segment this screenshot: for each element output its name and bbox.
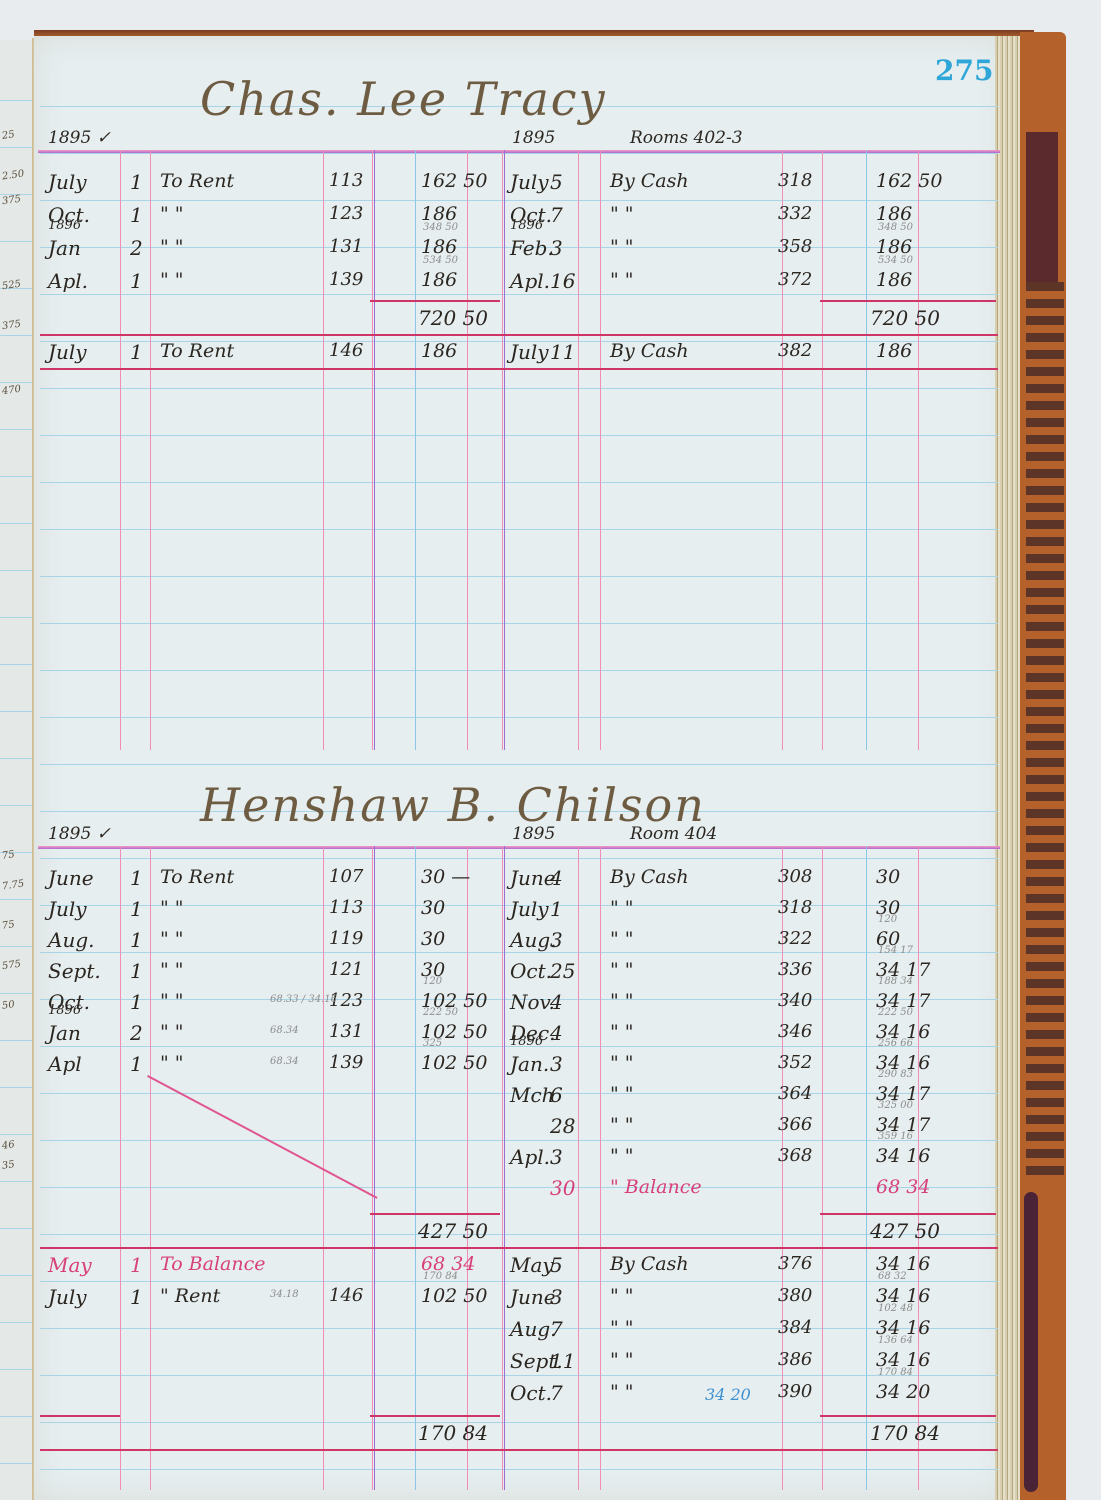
room-number: Rooms 402-3 bbox=[630, 128, 743, 148]
entry-day: 1 bbox=[130, 170, 143, 194]
pencil-running-total: 102 48 bbox=[878, 1303, 913, 1314]
entry-year: 1896 bbox=[48, 1003, 81, 1018]
column-rule bbox=[822, 846, 823, 1490]
margin-note: 75 bbox=[1, 919, 15, 932]
entry-description: By Cash bbox=[610, 866, 689, 888]
side-note: 68.33 / 34.16 bbox=[270, 994, 337, 1005]
pencil-running-total: 256 66 bbox=[878, 1038, 913, 1049]
entry-month: June bbox=[510, 1285, 556, 1309]
pencil-running-total: 222 50 bbox=[878, 1007, 913, 1018]
entry-folio: 372 bbox=[778, 269, 812, 290]
pencil-running-total: 68 32 bbox=[878, 1271, 907, 1282]
prev-page-rule bbox=[0, 570, 34, 571]
prev-page-rule bbox=[0, 1275, 34, 1276]
entry-folio: 366 bbox=[778, 1114, 812, 1135]
prev-page-rule bbox=[0, 100, 34, 101]
entry-day: 4 bbox=[550, 866, 563, 890]
entry-description: By Cash bbox=[610, 1253, 689, 1275]
entry-day: 1 bbox=[130, 928, 143, 952]
entry-description: " " bbox=[610, 1114, 634, 1136]
entry-day: 4 bbox=[550, 990, 563, 1014]
margin-note: 35 bbox=[1, 1159, 15, 1172]
pencil-running-total: 534 50 bbox=[423, 255, 458, 266]
entry-month: Sept. bbox=[48, 959, 101, 983]
entry-folio: 113 bbox=[329, 170, 363, 191]
entry-amount: 68 34 bbox=[876, 1176, 930, 1198]
entry-description: " " bbox=[160, 236, 184, 258]
entry-description: " " bbox=[160, 990, 184, 1012]
entry-amount: 30 — bbox=[421, 866, 470, 888]
entry-amount: 162 50 bbox=[876, 170, 942, 192]
entry-day: 1 bbox=[130, 340, 143, 364]
entry-amount: 186 bbox=[421, 340, 457, 362]
entry-description: " " bbox=[610, 269, 634, 291]
entry-description: " " bbox=[610, 959, 634, 981]
column-rule bbox=[323, 150, 324, 750]
entry-folio: 318 bbox=[778, 897, 812, 918]
entry-day: 1 bbox=[130, 959, 143, 983]
entry-day: 3 bbox=[550, 236, 563, 260]
side-note: 34.18 bbox=[270, 1289, 299, 1300]
entry-day: 4 bbox=[550, 1021, 563, 1045]
prev-page-rule bbox=[0, 1322, 34, 1323]
entry-folio: 131 bbox=[329, 236, 363, 257]
margin-note: 25 bbox=[1, 129, 15, 142]
entry-folio: 380 bbox=[778, 1285, 812, 1306]
margin-note: 2.50 bbox=[1, 169, 25, 183]
prev-page-rule bbox=[0, 1416, 34, 1417]
ruled-line bbox=[40, 576, 998, 577]
entry-description: " " bbox=[160, 959, 184, 981]
column-rule bbox=[866, 846, 867, 1490]
entry-day: 1 bbox=[130, 866, 143, 890]
column-rule bbox=[467, 846, 468, 1490]
sum-rule bbox=[820, 1415, 996, 1417]
margin-note: 525 bbox=[1, 279, 21, 293]
entry-folio: 139 bbox=[329, 1052, 363, 1073]
column-rule bbox=[600, 150, 601, 750]
column-rule bbox=[600, 846, 601, 1490]
entry-description: By Cash bbox=[610, 340, 689, 362]
prev-page-rule bbox=[0, 805, 34, 806]
entry-folio: 352 bbox=[778, 1052, 812, 1073]
entry-day: 3 bbox=[550, 928, 563, 952]
entry-description: " " bbox=[610, 928, 634, 950]
entry-folio: 340 bbox=[778, 990, 812, 1011]
sum-rule bbox=[820, 300, 996, 302]
previous-page-edge: 252.50375525375470757.7575575504635 bbox=[0, 40, 35, 1500]
entry-year: 1896 bbox=[510, 218, 543, 233]
entry-day: 2 bbox=[130, 236, 143, 260]
prev-page-rule bbox=[0, 335, 34, 336]
cover-marbled-stripes bbox=[1026, 282, 1064, 1182]
prev-page-rule bbox=[0, 617, 34, 618]
debit-year: 1895 ✓ bbox=[48, 824, 111, 844]
entry-description: To Rent bbox=[160, 340, 234, 362]
column-rule bbox=[578, 846, 579, 1490]
entry-day: 1 bbox=[130, 1285, 143, 1309]
pencil-running-total: 136 64 bbox=[878, 1335, 913, 1346]
entry-amount: 162 50 bbox=[421, 170, 487, 192]
entry-description: " " bbox=[610, 1381, 634, 1403]
sum-rule bbox=[40, 1415, 120, 1417]
entry-month: Jan. bbox=[510, 1052, 549, 1076]
sum-rule bbox=[370, 1213, 500, 1215]
entry-month: Apl. bbox=[510, 269, 550, 293]
entry-day: 5 bbox=[550, 170, 563, 194]
margin-note: 470 bbox=[1, 384, 21, 398]
entry-day: 3 bbox=[550, 1052, 563, 1076]
debit-year: 1895 ✓ bbox=[48, 128, 111, 148]
entry-description: " " bbox=[610, 1285, 634, 1307]
entry-day: 25 bbox=[550, 959, 575, 983]
entry-folio: 146 bbox=[329, 1285, 363, 1306]
entry-month: Apl. bbox=[48, 269, 88, 293]
cover-stain bbox=[1024, 1192, 1038, 1492]
entry-folio: 384 bbox=[778, 1317, 812, 1338]
entry-year: 1896 bbox=[48, 218, 81, 233]
ruled-line bbox=[40, 529, 998, 530]
ruled-line bbox=[40, 1422, 998, 1423]
entry-day: 7 bbox=[550, 1381, 563, 1405]
entry-folio: 390 bbox=[778, 1381, 812, 1402]
entry-description: " " bbox=[160, 1021, 184, 1043]
prev-page-rule bbox=[0, 993, 34, 994]
ruled-line bbox=[40, 623, 998, 624]
column-rule bbox=[578, 150, 579, 750]
entry-day: 1 bbox=[550, 897, 563, 921]
entry-month: Oct. bbox=[510, 1381, 552, 1405]
entry-description: To Rent bbox=[160, 866, 234, 888]
column-rule bbox=[150, 846, 151, 1490]
column-rule bbox=[918, 150, 919, 750]
entry-day: 7 bbox=[550, 203, 563, 227]
entry-day: 1 bbox=[130, 990, 143, 1014]
entry-day: 3 bbox=[550, 1285, 563, 1309]
debit-total: 427 50 bbox=[418, 1219, 488, 1243]
prev-page-rule bbox=[0, 1087, 34, 1088]
pencil-running-total: 170 84 bbox=[878, 1367, 913, 1378]
ruled-line bbox=[40, 1234, 998, 1235]
credit-year: 1895 bbox=[512, 128, 555, 148]
entry-description: " " bbox=[610, 1145, 634, 1167]
margin-note: 575 bbox=[1, 959, 21, 973]
entry-month: May bbox=[510, 1253, 554, 1277]
margin-note: 375 bbox=[1, 194, 21, 208]
entry-description: To Rent bbox=[160, 170, 234, 192]
pencil-running-total: 222 50 bbox=[423, 1007, 458, 1018]
book-cover bbox=[1020, 32, 1066, 1500]
pencil-running-total: 120 bbox=[423, 976, 442, 987]
entry-folio: 376 bbox=[778, 1253, 812, 1274]
entry-amount: 186 bbox=[876, 269, 912, 291]
ruled-line bbox=[40, 858, 998, 859]
ruled-line bbox=[40, 482, 998, 483]
entry-description: " " bbox=[610, 1083, 634, 1105]
margin-note: 50 bbox=[1, 999, 15, 1012]
pencil-running-total: 188 34 bbox=[878, 976, 913, 987]
entry-day: 28 bbox=[550, 1114, 575, 1138]
ruled-line bbox=[40, 952, 998, 953]
entry-folio: 368 bbox=[778, 1145, 812, 1166]
credit-total: 427 50 bbox=[870, 1219, 940, 1243]
header-double-rule bbox=[38, 150, 1000, 153]
column-rule bbox=[372, 150, 375, 750]
ruled-line bbox=[40, 1140, 998, 1141]
prev-page-rule bbox=[0, 523, 34, 524]
credit-year: 1895 bbox=[512, 824, 555, 844]
prev-page-rule bbox=[0, 664, 34, 665]
entry-day: 1 bbox=[130, 1253, 143, 1277]
entry-day: 11 bbox=[550, 340, 575, 364]
entry-description: To Balance bbox=[160, 1253, 266, 1275]
prev-page-rule bbox=[0, 429, 34, 430]
entry-description: " " bbox=[610, 203, 634, 225]
column-rule bbox=[150, 150, 151, 750]
close-double-rule bbox=[40, 1449, 998, 1451]
entry-month: Oct. bbox=[510, 959, 552, 983]
side-note: 34 20 bbox=[705, 1385, 751, 1404]
entry-folio: 386 bbox=[778, 1349, 812, 1370]
prev-page-rule bbox=[0, 1040, 34, 1041]
entry-folio: 131 bbox=[329, 1021, 363, 1042]
column-rule bbox=[467, 150, 468, 750]
entry-folio: 113 bbox=[329, 897, 363, 918]
column-rule bbox=[120, 150, 121, 750]
prev-page-rule bbox=[0, 1228, 34, 1229]
entry-day: 5 bbox=[550, 1253, 563, 1277]
entry-description: " " bbox=[610, 1021, 634, 1043]
prev-page-rule bbox=[0, 946, 34, 947]
account-name: Chas. Lee Tracy bbox=[200, 72, 607, 126]
entry-description: " " bbox=[610, 236, 634, 258]
pencil-running-total: 170 84 bbox=[423, 1271, 458, 1282]
entry-month: July bbox=[48, 897, 87, 921]
margin-note: 7.75 bbox=[1, 879, 25, 893]
entry-folio: 123 bbox=[329, 203, 363, 224]
page-number: 275 bbox=[935, 54, 993, 87]
entry-description: " Balance bbox=[610, 1176, 702, 1198]
entry-month: Jan bbox=[48, 1021, 81, 1045]
debit-total: 720 50 bbox=[418, 306, 488, 330]
entry-folio: 308 bbox=[778, 866, 812, 887]
prev-page-rule bbox=[0, 1369, 34, 1370]
entry-day: 11 bbox=[550, 1349, 575, 1373]
entry-amount: 102 50 bbox=[421, 1052, 487, 1074]
column-rule bbox=[415, 150, 416, 750]
entry-folio: 358 bbox=[778, 236, 812, 257]
entry-day: 16 bbox=[550, 269, 575, 293]
entry-folio: 382 bbox=[778, 340, 812, 361]
entry-amount: 30 bbox=[421, 897, 445, 919]
close-double-rule bbox=[40, 334, 998, 336]
prev-page-rule bbox=[0, 476, 34, 477]
column-rule bbox=[372, 846, 375, 1490]
ruled-line bbox=[40, 435, 998, 436]
entry-description: " " bbox=[610, 1052, 634, 1074]
entry-month: Apl. bbox=[510, 1145, 550, 1169]
entry-day: 1 bbox=[130, 269, 143, 293]
ruled-line bbox=[40, 717, 998, 718]
column-rule bbox=[120, 846, 121, 1490]
header-double-rule bbox=[38, 846, 1000, 849]
margin-note: 75 bbox=[1, 849, 15, 862]
entry-day: 1 bbox=[130, 897, 143, 921]
entry-day: 7 bbox=[550, 1317, 563, 1341]
debit-final-total: 170 84 bbox=[418, 1421, 488, 1445]
ruled-line bbox=[40, 1187, 998, 1188]
entry-day: 2 bbox=[130, 1021, 143, 1045]
entry-description: " " bbox=[160, 1052, 184, 1074]
ruled-line bbox=[40, 294, 998, 295]
column-rule bbox=[502, 150, 505, 750]
entry-description: " " bbox=[610, 897, 634, 919]
entry-month: Nov. bbox=[510, 990, 555, 1014]
prev-page-rule bbox=[0, 711, 34, 712]
entry-year: 1896 bbox=[510, 1034, 543, 1049]
sum-rule bbox=[370, 300, 500, 302]
prev-page-rule bbox=[0, 241, 34, 242]
line-rule bbox=[40, 368, 998, 370]
entry-amount: 186 bbox=[421, 269, 457, 291]
entry-description: " " bbox=[610, 1349, 634, 1371]
entry-month: Mch bbox=[510, 1083, 555, 1107]
entry-folio: 146 bbox=[329, 340, 363, 361]
entry-description: " " bbox=[160, 897, 184, 919]
prev-page-rule bbox=[0, 1134, 34, 1135]
side-note: 68.34 bbox=[270, 1025, 299, 1036]
ruled-line bbox=[40, 388, 998, 389]
entry-month: May bbox=[48, 1253, 92, 1277]
ruled-line bbox=[40, 1281, 998, 1282]
entry-amount: 34 20 bbox=[876, 1381, 930, 1403]
credit-total: 720 50 bbox=[870, 306, 940, 330]
entry-month: July bbox=[510, 340, 549, 364]
entry-month: Feb. bbox=[510, 236, 554, 260]
entry-month: Apl bbox=[48, 1052, 82, 1076]
pencil-running-total: 290 83 bbox=[878, 1069, 913, 1080]
pencil-running-total: 325 00 bbox=[878, 1100, 913, 1111]
column-rule bbox=[866, 150, 867, 750]
entry-month: June bbox=[48, 866, 94, 890]
sum-rule bbox=[820, 1213, 996, 1215]
close-double-rule bbox=[40, 1247, 998, 1249]
column-rule bbox=[822, 150, 823, 750]
entry-description: By Cash bbox=[610, 170, 689, 192]
entry-amount: 34 16 bbox=[876, 1145, 930, 1167]
margin-note: 46 bbox=[1, 1139, 15, 1152]
pencil-running-total: 534 50 bbox=[878, 255, 913, 266]
prev-page-rule bbox=[0, 147, 34, 148]
entry-amount: 186 bbox=[876, 340, 912, 362]
prev-page-rule bbox=[0, 1463, 34, 1464]
entry-folio: 121 bbox=[329, 959, 363, 980]
pencil-running-total: 359 16 bbox=[878, 1131, 913, 1142]
entry-description: " Rent bbox=[160, 1285, 220, 1307]
entry-month: June bbox=[510, 866, 556, 890]
entry-description: " " bbox=[160, 269, 184, 291]
side-note: 68.34 bbox=[270, 1056, 299, 1067]
entry-folio: 119 bbox=[329, 928, 363, 949]
entry-day: 3 bbox=[550, 1145, 563, 1169]
ruled-line bbox=[40, 764, 998, 765]
entry-folio: 139 bbox=[329, 269, 363, 290]
prev-page-rule bbox=[0, 1181, 34, 1182]
entry-month: Jan bbox=[48, 236, 81, 260]
margin-note: 375 bbox=[1, 319, 21, 333]
entry-amount: 30 bbox=[876, 866, 900, 888]
prev-page-rule bbox=[0, 899, 34, 900]
entry-description: " " bbox=[160, 928, 184, 950]
credit-final-total: 170 84 bbox=[870, 1421, 940, 1445]
entry-month: July bbox=[48, 170, 87, 194]
room-number: Room 404 bbox=[630, 824, 717, 844]
entry-month: July bbox=[510, 170, 549, 194]
column-rule bbox=[415, 846, 416, 1490]
prev-page-rule bbox=[0, 382, 34, 383]
entry-description: " " bbox=[160, 203, 184, 225]
pencil-running-total: 154 17 bbox=[878, 945, 913, 956]
column-rule bbox=[502, 846, 505, 1490]
entry-folio: 332 bbox=[778, 203, 812, 224]
ruled-line bbox=[40, 1469, 998, 1470]
ruled-line bbox=[40, 670, 998, 671]
pencil-running-total: 348 50 bbox=[423, 222, 458, 233]
entry-folio: 336 bbox=[778, 959, 812, 980]
entry-month: July bbox=[510, 897, 549, 921]
entry-amount: 30 bbox=[421, 928, 445, 950]
entry-day: 1 bbox=[130, 203, 143, 227]
entry-description: " " bbox=[610, 1317, 634, 1339]
entry-folio: 322 bbox=[778, 928, 812, 949]
entry-description: " " bbox=[610, 990, 634, 1012]
pencil-running-total: 325 bbox=[423, 1038, 442, 1049]
entry-month: Aug. bbox=[48, 928, 94, 952]
sum-rule bbox=[370, 1415, 500, 1417]
cover-leather-patch bbox=[1026, 132, 1058, 282]
entry-folio: 107 bbox=[329, 866, 363, 887]
entry-day: 30 bbox=[550, 1176, 575, 1200]
entry-month: July bbox=[48, 340, 87, 364]
entry-amount: 102 50 bbox=[421, 1285, 487, 1307]
ruled-line bbox=[40, 153, 998, 154]
entry-folio: 346 bbox=[778, 1021, 812, 1042]
entry-folio: 364 bbox=[778, 1083, 812, 1104]
pencil-running-total: 120 bbox=[878, 914, 897, 925]
entry-month: July bbox=[48, 1285, 87, 1309]
ruled-line bbox=[40, 1375, 998, 1376]
entry-day: 6 bbox=[550, 1083, 563, 1107]
ruled-line bbox=[40, 200, 998, 201]
entry-folio: 318 bbox=[778, 170, 812, 191]
entry-day: 1 bbox=[130, 1052, 143, 1076]
prev-page-rule bbox=[0, 758, 34, 759]
pencil-running-total: 348 50 bbox=[878, 222, 913, 233]
